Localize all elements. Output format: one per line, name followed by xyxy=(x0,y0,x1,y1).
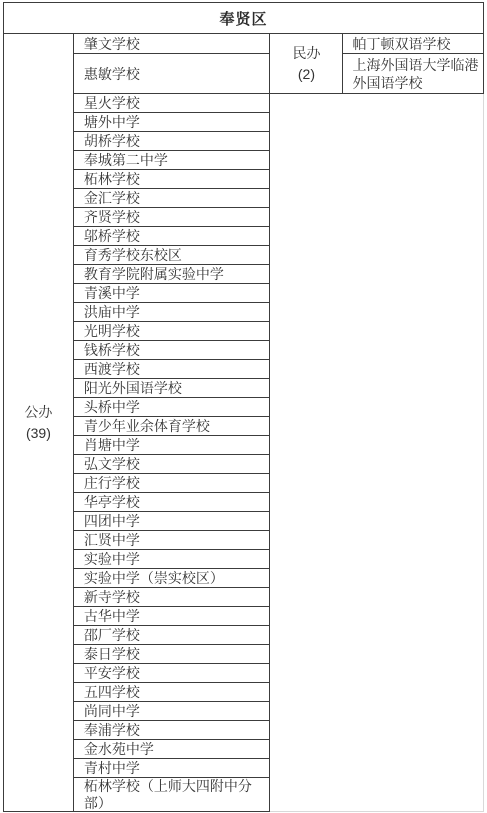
public-school-row: 教育学院附属实验中学 xyxy=(74,265,271,284)
public-school-row: 齐贤学校 xyxy=(74,208,271,227)
public-school-row: 实验中学 xyxy=(74,550,271,569)
district-school-table-screenshot: 奉贤区 公办 (39) 肇文学校 惠敏学校 星火学校 塘外中学 胡桥学校 奉城第… xyxy=(0,0,487,813)
public-school-row: 金汇学校 xyxy=(74,189,271,208)
private-section: 民办 (2) 帕丁顿双语学校 上海外国语大学临港外国语学校 xyxy=(270,34,484,94)
public-category-label: 公办 xyxy=(24,402,52,423)
public-school-row: 实验中学（崇实校区） xyxy=(74,569,271,588)
table-body: 公办 (39) 肇文学校 惠敏学校 星火学校 塘外中学 胡桥学校 奉城第二中学 … xyxy=(4,34,484,812)
public-school-row: 泰日学校 xyxy=(74,645,271,664)
public-school-row: 西渡学校 xyxy=(74,360,271,379)
private-school-row: 帕丁顿双语学校 xyxy=(343,34,484,54)
public-school-row: 洪庙中学 xyxy=(74,303,271,322)
private-category-count: (2) xyxy=(298,64,315,85)
public-school-row: 胡桥学校 xyxy=(74,132,271,151)
public-school-row: 金水苑中学 xyxy=(74,740,271,759)
private-schools-column: 帕丁顿双语学校 上海外国语大学临港外国语学校 xyxy=(343,34,484,94)
public-school-row: 头桥中学 xyxy=(74,398,271,417)
public-school-row: 古华中学 xyxy=(74,607,271,626)
right-region: 民办 (2) 帕丁顿双语学校 上海外国语大学临港外国语学校 xyxy=(270,34,484,812)
empty-cell-region xyxy=(270,94,484,812)
public-school-row: 柘林学校 xyxy=(74,170,271,189)
public-school-row: 光明学校 xyxy=(74,322,271,341)
public-school-row: 新寺学校 xyxy=(74,588,271,607)
public-school-row: 庄行学校 xyxy=(74,474,271,493)
private-category-label: 民办 xyxy=(292,43,320,64)
public-school-row: 弘文学校 xyxy=(74,455,271,474)
public-school-row: 邬桥学校 xyxy=(74,227,271,246)
public-school-row: 肇文学校 xyxy=(74,34,271,54)
public-school-row: 邵厂学校 xyxy=(74,626,271,645)
public-school-row: 惠敏学校 xyxy=(74,54,271,94)
private-school-row: 上海外国语大学临港外国语学校 xyxy=(343,54,484,94)
public-school-row: 星火学校 xyxy=(74,94,271,113)
school-table: 奉贤区 公办 (39) 肇文学校 惠敏学校 星火学校 塘外中学 胡桥学校 奉城第… xyxy=(3,2,484,812)
public-school-row: 汇贤中学 xyxy=(74,531,271,550)
public-school-row: 钱桥学校 xyxy=(74,341,271,360)
district-header: 奉贤区 xyxy=(4,3,484,34)
public-category-cell: 公办 (39) xyxy=(4,34,74,812)
private-category-cell: 民办 (2) xyxy=(270,34,343,94)
public-school-row: 柘林学校（上师大四附中分部） xyxy=(74,778,271,812)
public-school-row: 青溪中学 xyxy=(74,284,271,303)
public-school-row: 四团中学 xyxy=(74,512,271,531)
public-schools-column: 肇文学校 惠敏学校 星火学校 塘外中学 胡桥学校 奉城第二中学 柘林学校 金汇学… xyxy=(74,34,271,812)
public-school-row: 育秀学校东校区 xyxy=(74,246,271,265)
public-category-count: (39) xyxy=(26,423,51,444)
public-school-row: 阳光外国语学校 xyxy=(74,379,271,398)
public-school-row: 奉城第二中学 xyxy=(74,151,271,170)
public-school-row: 平安学校 xyxy=(74,664,271,683)
public-school-row: 尚同中学 xyxy=(74,702,271,721)
public-school-row: 五四学校 xyxy=(74,683,271,702)
public-school-row: 青少年业余体育学校 xyxy=(74,417,271,436)
public-school-row: 华亭学校 xyxy=(74,493,271,512)
public-school-row: 青村中学 xyxy=(74,759,271,778)
public-school-row: 奉浦学校 xyxy=(74,721,271,740)
public-school-row: 肖塘中学 xyxy=(74,436,271,455)
public-school-row: 塘外中学 xyxy=(74,113,271,132)
